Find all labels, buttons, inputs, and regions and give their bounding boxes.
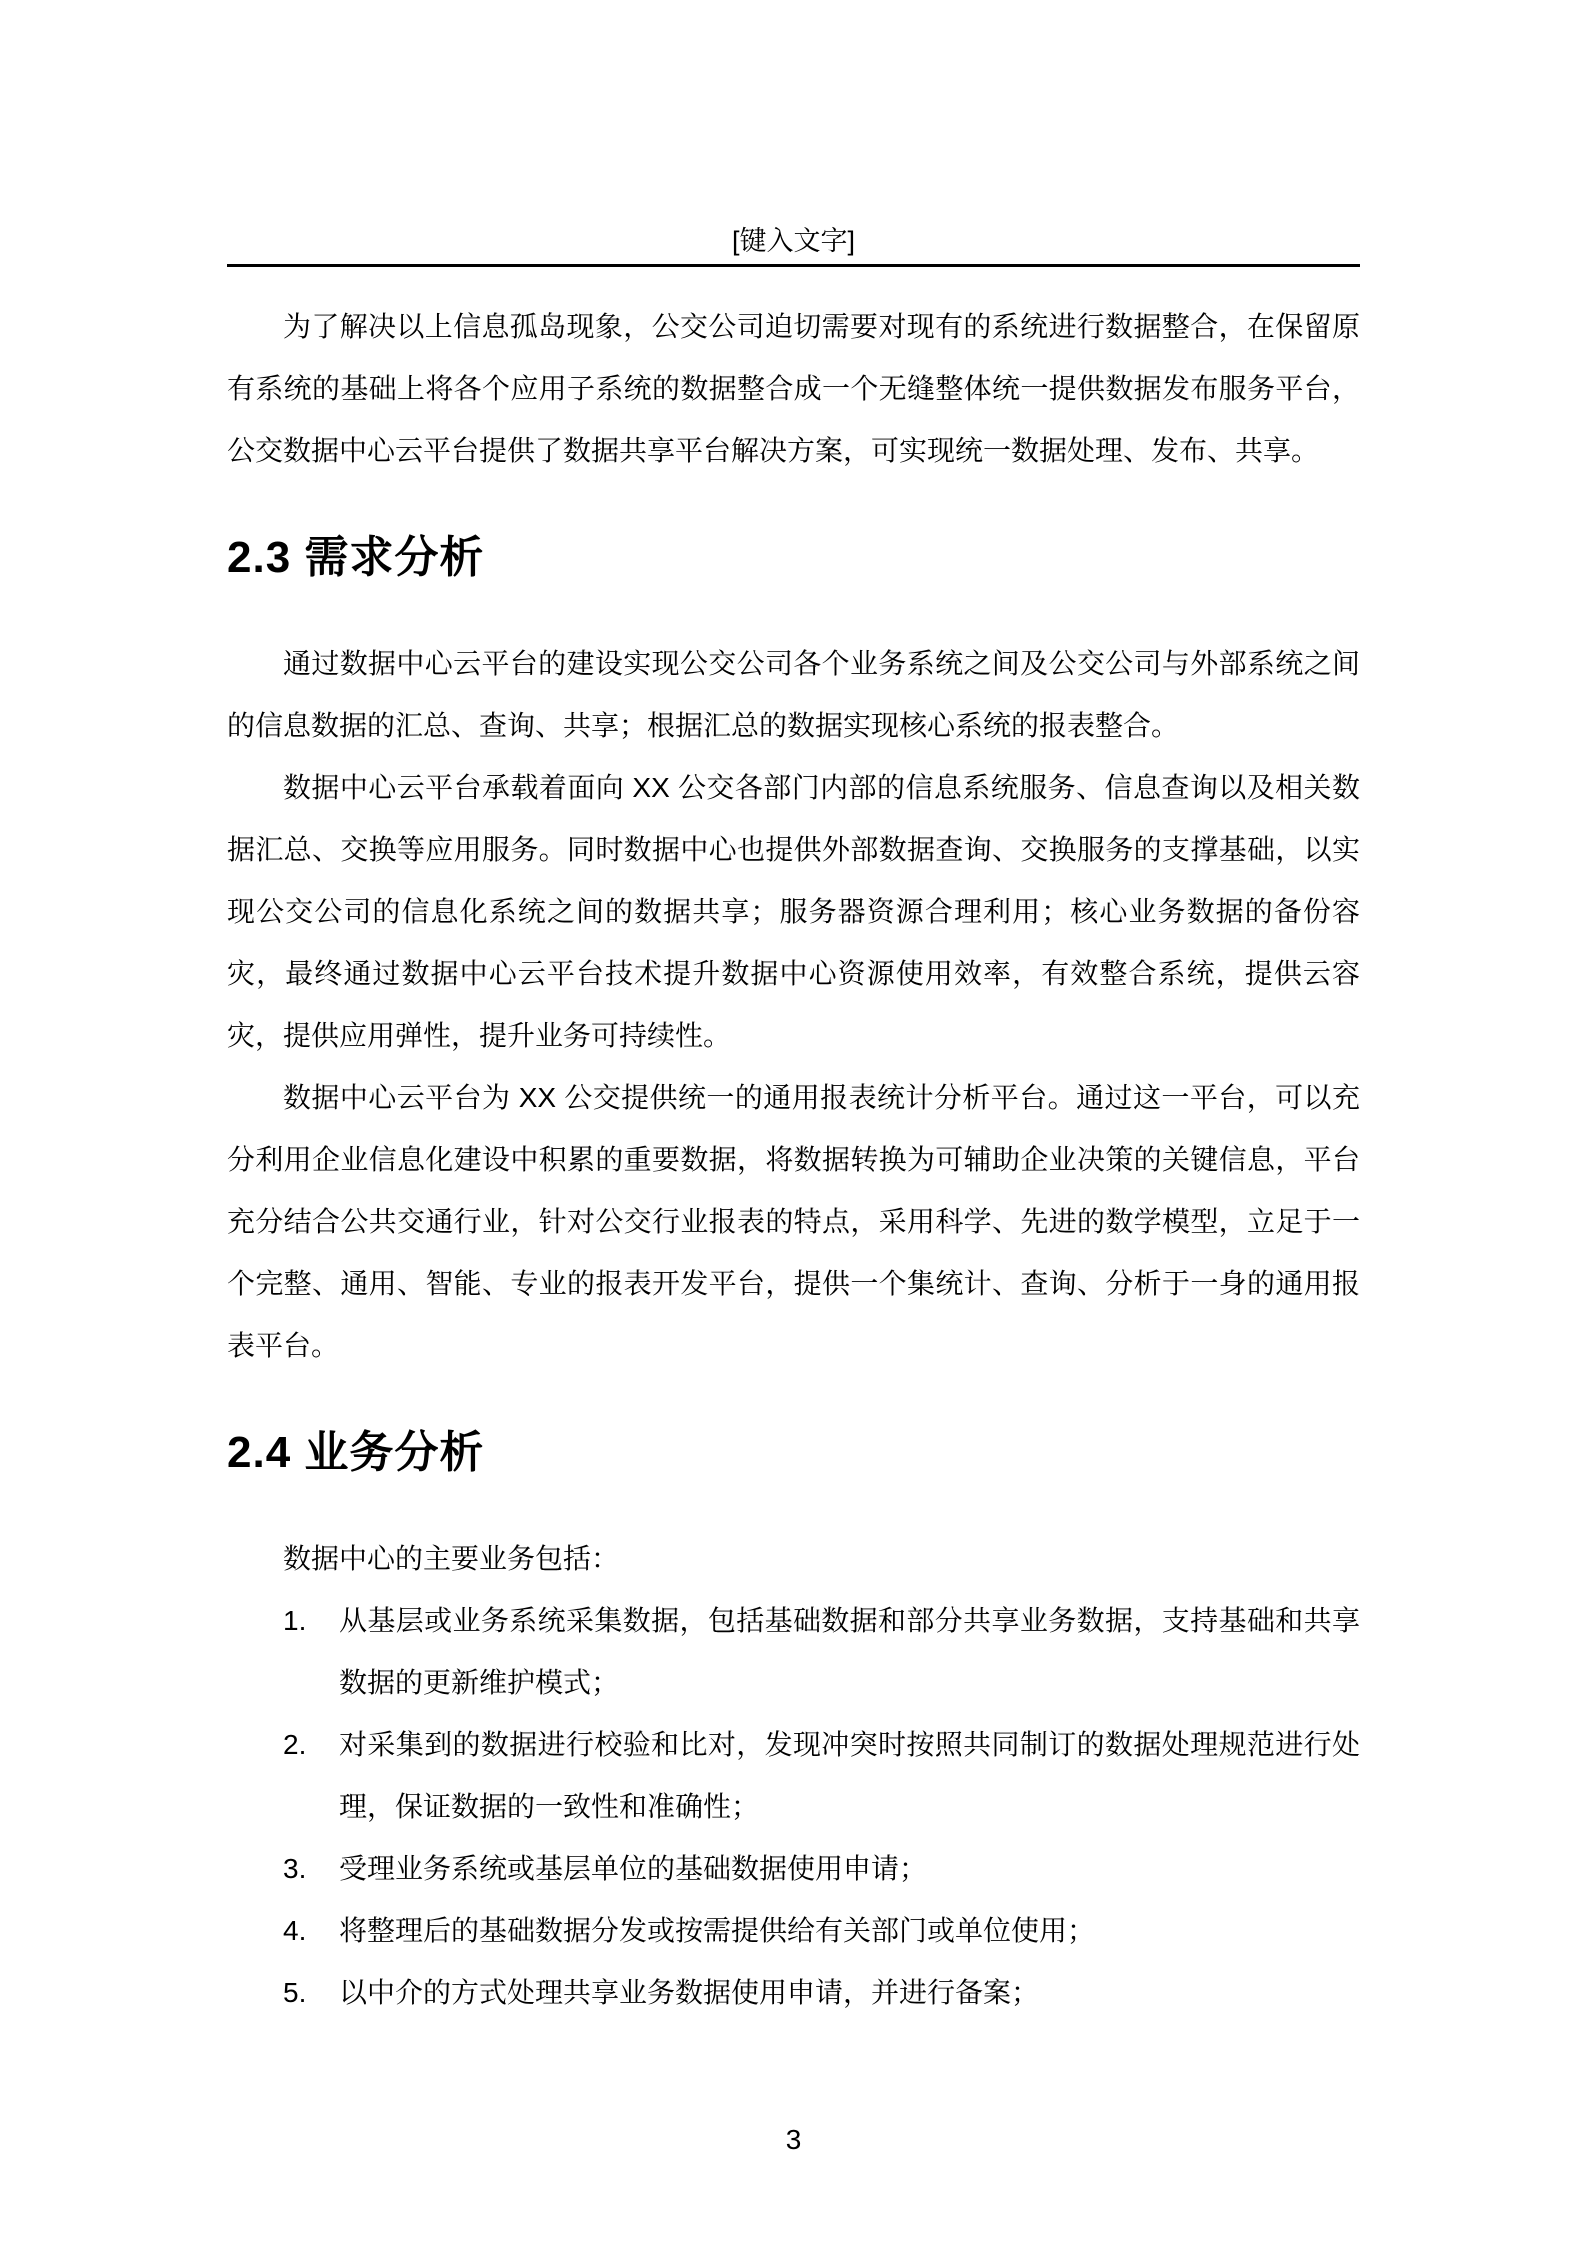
section-heading-2-4: 2.4 业务分析 — [227, 1424, 1360, 1482]
list-item: 1. 从基层或业务系统采集数据，包括基础数据和部分共享业务数据，支持基础和共享数… — [227, 1590, 1360, 1714]
list-item: 4. 将整理后的基础数据分发或按需提供给有关部门或单位使用； — [227, 1900, 1360, 1962]
page-number: 3 — [786, 2124, 802, 2155]
document-body: 为了解决以上信息孤岛现象，公交公司迫切需要对现有的系统进行数据整合，在保留原有系… — [227, 296, 1360, 2024]
section-2-4-lead-paragraph: 数据中心的主要业务包括： — [227, 1528, 1360, 1590]
list-item: 3. 受理业务系统或基层单位的基础数据使用申请； — [227, 1838, 1360, 1900]
list-item-text: 对采集到的数据进行校验和比对，发现冲突时按照共同制订的数据处理规范进行处理，保证… — [339, 1729, 1360, 1822]
list-item-text: 以中介的方式处理共享业务数据使用申请，并进行备案； — [339, 1977, 1039, 2008]
list-item-text: 将整理后的基础数据分发或按需提供给有关部门或单位使用； — [339, 1915, 1095, 1946]
list-item-number: 2. — [283, 1714, 306, 1776]
list-item-text: 从基层或业务系统采集数据，包括基础数据和部分共享业务数据，支持基础和共享数据的更… — [339, 1605, 1360, 1698]
page-header: [键入文字] — [227, 0, 1360, 267]
section-heading-2-3: 2.3 需求分析 — [227, 529, 1360, 587]
list-item: 2. 对采集到的数据进行校验和比对，发现冲突时按照共同制订的数据处理规范进行处理… — [227, 1714, 1360, 1838]
section-2-3-paragraph-1: 通过数据中心云平台的建设实现公交公司各个业务系统之间及公交公司与外部系统之间的信… — [227, 633, 1360, 757]
section-2-3-paragraph-2: 数据中心云平台承载着面向 XX 公交各部门内部的信息系统服务、信息查询以及相关数… — [227, 757, 1360, 1067]
document-page: [键入文字] 为了解决以上信息孤岛现象，公交公司迫切需要对现有的系统进行数据整合… — [0, 0, 1587, 2245]
list-item-number: 5. — [283, 1962, 306, 2024]
section-2-3-paragraph-3: 数据中心云平台为 XX 公交提供统一的通用报表统计分析平台。通过这一平台，可以充… — [227, 1067, 1360, 1377]
header-title: [键入文字] — [732, 226, 855, 256]
intro-paragraph: 为了解决以上信息孤岛现象，公交公司迫切需要对现有的系统进行数据整合，在保留原有系… — [227, 296, 1360, 482]
business-list: 1. 从基层或业务系统采集数据，包括基础数据和部分共享业务数据，支持基础和共享数… — [227, 1590, 1360, 2024]
list-item-text: 受理业务系统或基层单位的基础数据使用申请； — [339, 1853, 927, 1884]
list-item: 5. 以中介的方式处理共享业务数据使用申请，并进行备案； — [227, 1962, 1360, 2024]
list-item-number: 1. — [283, 1590, 306, 1652]
page-footer: 3 — [0, 2122, 1587, 2158]
list-item-number: 4. — [283, 1900, 306, 1962]
list-item-number: 3. — [283, 1838, 306, 1900]
